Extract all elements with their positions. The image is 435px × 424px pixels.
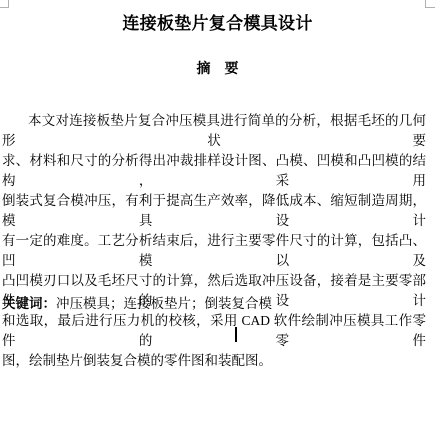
- abstract-line[interactable]: 图，绘制垫片倒装复合模的零件图和装配图。: [2, 351, 426, 371]
- text-boundary-mark-top-left: [0, 0, 9, 8]
- abstract-line[interactable]: 本文对连接板垫片复合冲压模具进行简单的分析，根据毛坯的几何形状要: [2, 111, 426, 151]
- document-title[interactable]: 连接板垫片复合模具设计: [0, 13, 435, 34]
- abstract-line[interactable]: 倒装式复合模冲压，有利于提高生产效率，降低成本、缩短制造周期，模具设计: [2, 191, 426, 231]
- keywords-label: 关键词：: [2, 296, 56, 311]
- abstract-line[interactable]: 有一定的难度。工艺分析结束后，进行主要零件尺寸的计算，包括凸、凹模以及: [2, 231, 426, 271]
- abstract-heading[interactable]: 摘 要: [0, 61, 435, 79]
- keywords-value: 冲压模具；连接板垫片；倒装复合模: [56, 296, 272, 311]
- text-boundary-mark-top-right: [425, 0, 435, 8]
- abstract-paragraph[interactable]: 本文对连接板垫片复合冲压模具进行简单的分析，根据毛坯的几何形状要 求、材料和尺寸…: [2, 111, 426, 371]
- keywords-line[interactable]: 关键词：冲压模具；连接板垫片；倒装复合模: [2, 294, 272, 314]
- document-page: 连接板垫片复合模具设计 摘 要 本文对连接板垫片复合冲压模具进行简单的分析，根据…: [0, 0, 435, 424]
- text-cursor: [235, 327, 237, 342]
- abstract-line[interactable]: 求、材料和尺寸的分析得出冲裁排样设计图、凸模、凹模和凸凹模的结构，采用: [2, 151, 426, 191]
- abstract-line[interactable]: 和选取，最后进行压力机的校核，采用 CAD 软件绘制冲压模具工作零件的零件: [2, 311, 426, 351]
